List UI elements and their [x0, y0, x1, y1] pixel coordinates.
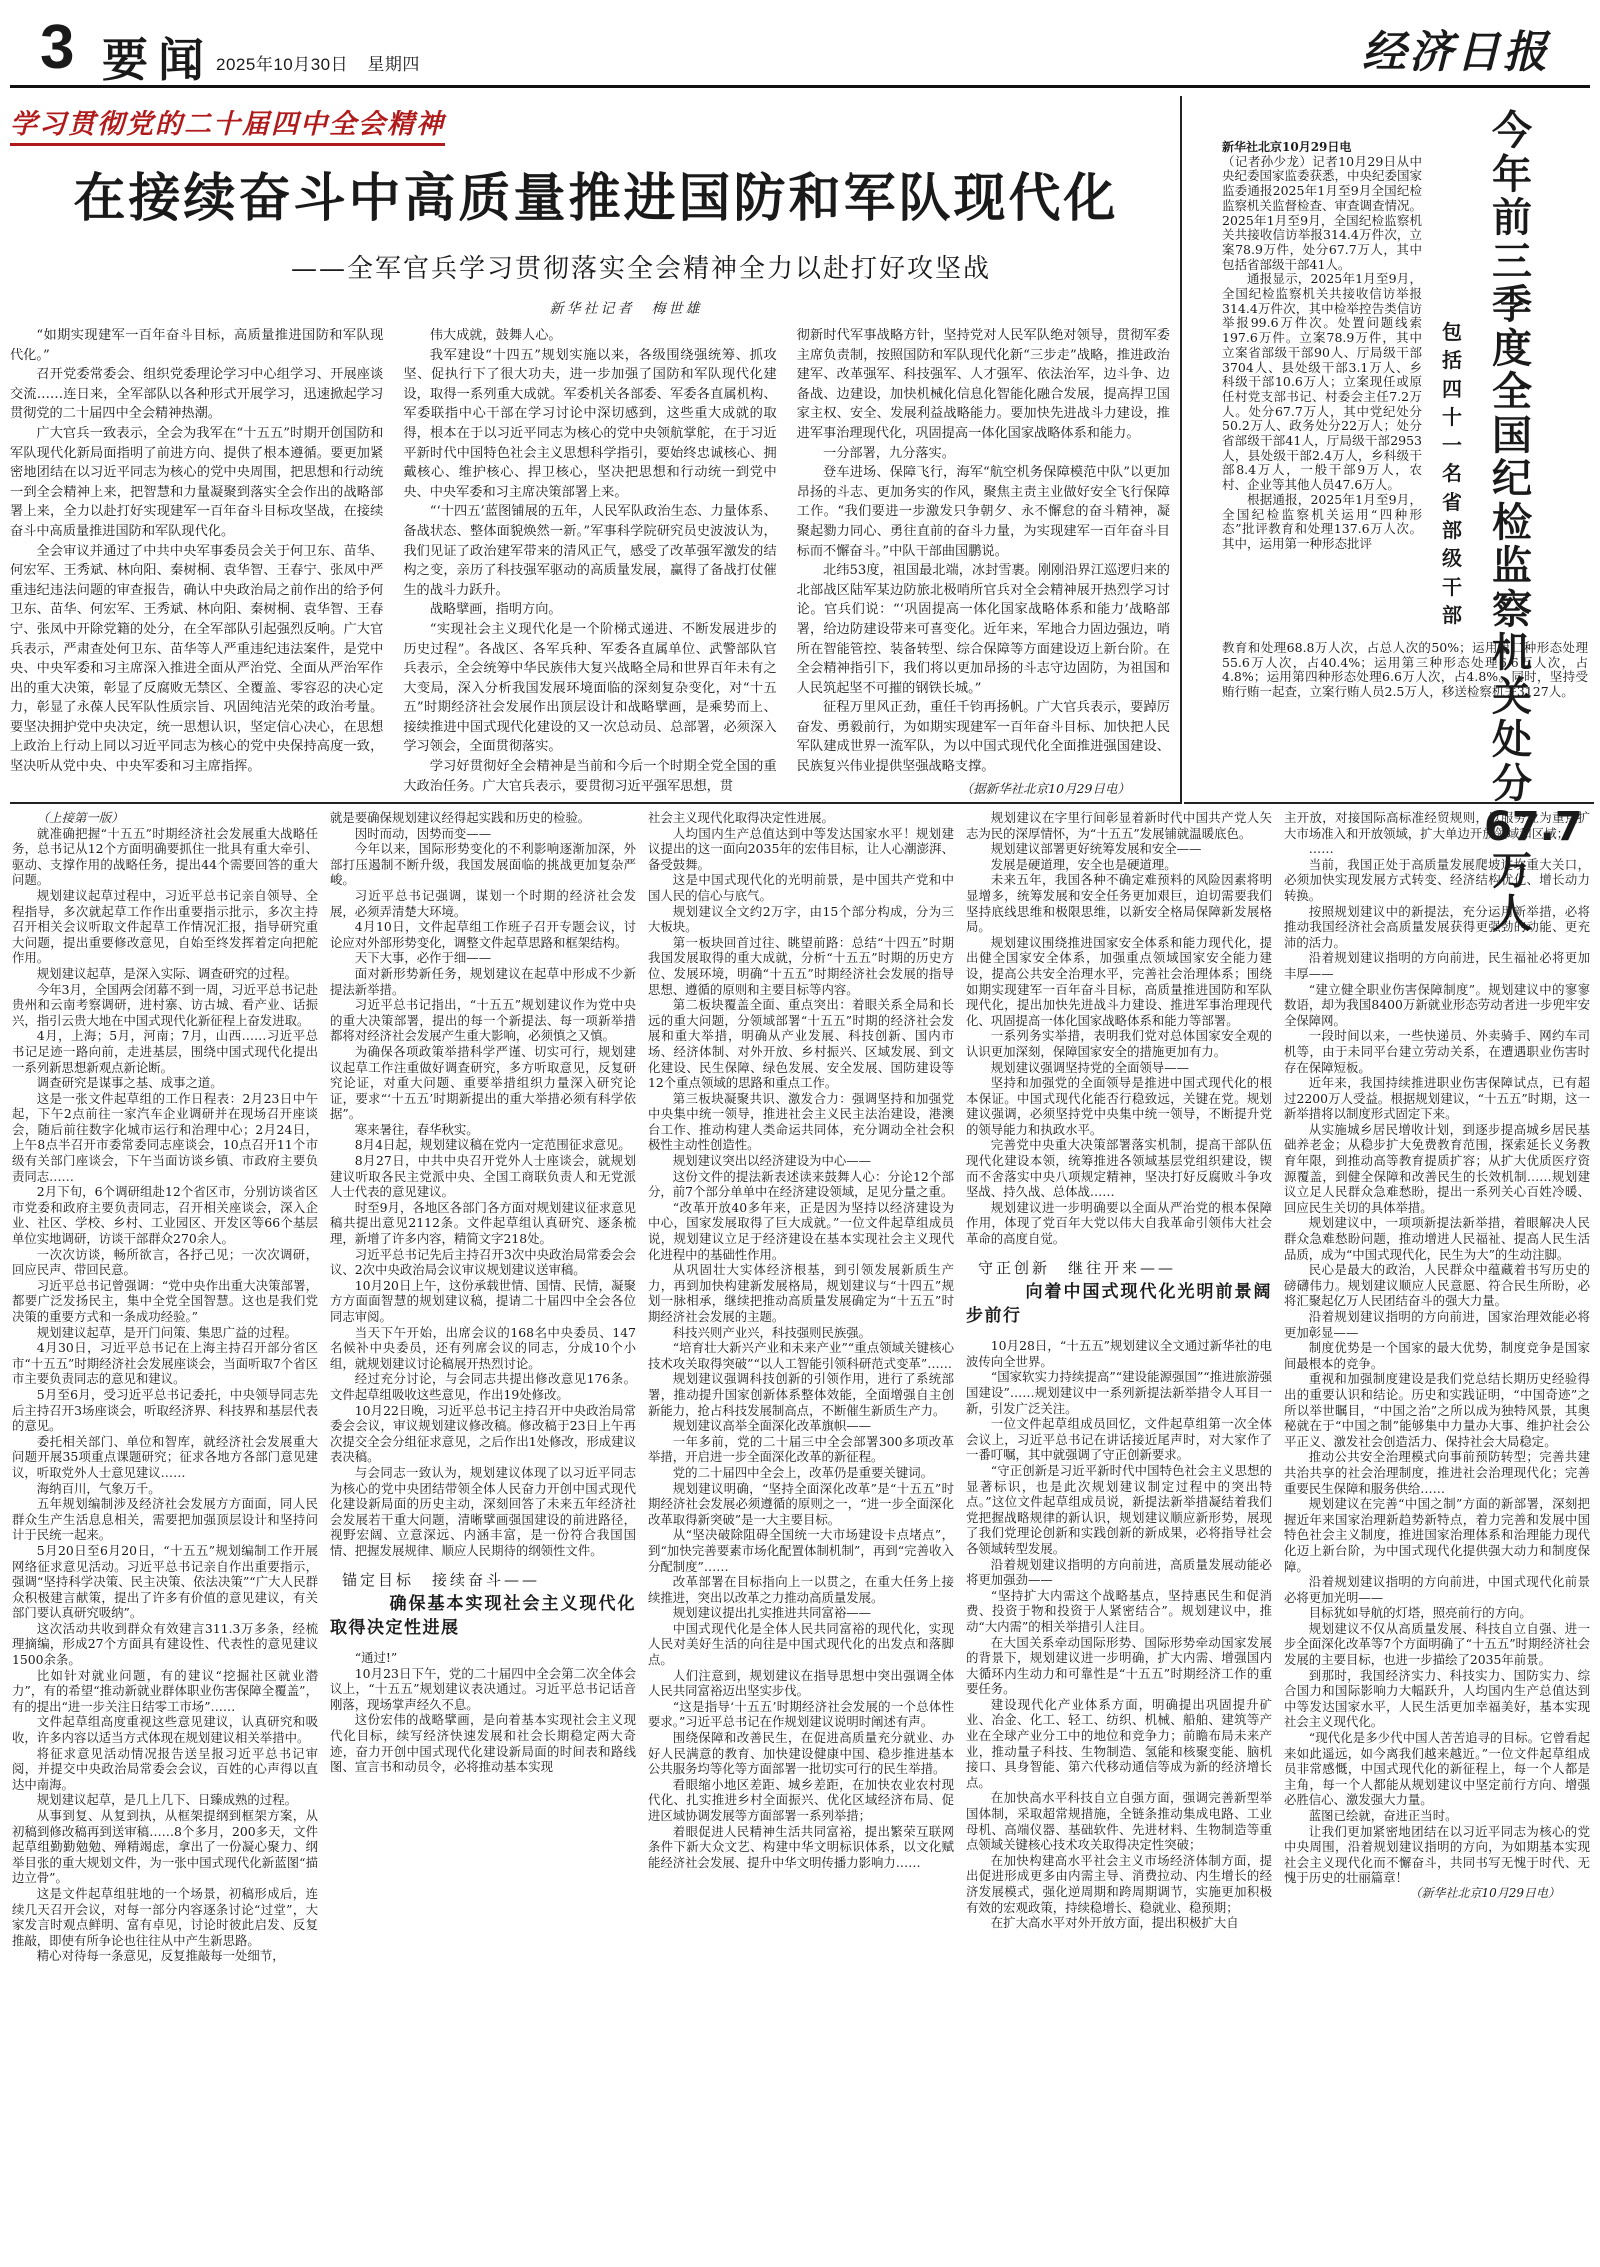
paragraph: 这是中国式现代化的光明前景，是中国共产党和中国人民的信心与底气。: [648, 872, 954, 903]
paragraph: 规划建议明确，“坚持全面深化改革”是“十五五”时期经济社会发展必须遵循的原则之一…: [648, 1481, 954, 1528]
paragraph: 北纬53度，祖国最北端，冰封雪裹。刚刚沿界江巡逻归来的北部战区陆军某边防旅北极哨…: [797, 561, 1170, 698]
paragraph: 我军建设“十四五”规划实施以来，各级围绕强统筹、抓攻坚、促执行下了很大功夫，进一…: [403, 346, 776, 503]
paragraph: （记者孙少龙）记者10月29日从中央纪委国家监委获悉，中央纪委国家监委通报202…: [1222, 155, 1422, 273]
paragraph: 全会审议并通过了中共中央军事委员会关于何卫东、苗华、何宏军、王秀斌、林向阳、秦树…: [10, 542, 383, 777]
paragraph: 10月20日上午，这份承载世情、国情、民情，凝聚方方面面智慧的规划建议稿，提请二…: [330, 1278, 636, 1325]
paragraph: 规划建议进一步明确要以全面从严治党的根本保障作用，体现了党百年大党以伟大自我革命…: [966, 1200, 1272, 1247]
paragraph: 广大官兵一致表示，全会为我军在“十五五”时期开创国防和军队现代化新局面指明了前进…: [10, 424, 383, 542]
section-name: 要闻: [102, 24, 214, 90]
paragraph: 天下大事，必作于细——: [330, 950, 636, 966]
section-title: 确保基本实现社会主义现代化取得决定性进展: [330, 1592, 636, 1640]
paragraph: 人均国内生产总值达到中等发达国家水平！规划建议提出的这一面向2035年的宏伟目标…: [648, 826, 954, 873]
continued-note: （上接第一版）: [12, 810, 318, 826]
paragraph: 规划建议中，一项项新提法新举措，着眼解决人民群众急难愁盼问题，推动增进人民福祉、…: [1284, 1215, 1590, 1262]
paragraph: 规划建议在完善“中国之制”方面的新部署，深刻把握近年来国家治理新趋势新特点，着力…: [1284, 1496, 1590, 1574]
paragraph: 习近平总书记指出，“十五五”规划建议作为党中央的重大决策部署，提出的每一个新提法…: [330, 997, 636, 1044]
paragraph: “培育壮大新兴产业和未来产业”“重点领域关键核心技术攻关取得突破”“以人工智能引…: [648, 1340, 954, 1371]
paragraph: 第二板块覆盖全面、重点突出：着眼关系全局和长远的重大问题，分领域部署“十五五”时…: [648, 997, 954, 1091]
paragraph: 2月下旬，6个调研组赴12个省区市，分别访谈省区市党委和政府主要负责同志，召开相…: [12, 1184, 318, 1246]
paragraph: 因时而动，因势而变——: [330, 826, 636, 842]
paragraph: 精心对待每一条意见，反复推敲每一处细节，: [12, 1948, 318, 1964]
paragraph: 4月10日，文件起草组工作班子召开专题会议，讨论应对外部形势变化，调整文件起草思…: [330, 919, 636, 950]
article-column-1: “如期实现建军一百年奋斗目标，高质量推进国防和军队现代化。” 召开党委常委会、组…: [10, 326, 383, 796]
paragraph: 这份文件的提法新表述读来鼓舞人心：分论12个部分，前7个部分单单中在经济建设领域…: [648, 1169, 954, 1200]
paragraph: 发展是硬道理，安全也是硬道理。: [966, 857, 1272, 873]
paragraph: 在加快高水平科技自立自强方面，强调完善新型举国体制，采取超常规措施，全链条推动集…: [966, 1790, 1272, 1852]
paragraph: 坚持和加强党的全面领导是推进中国式现代化的根本保证。中国式现代化能否行稳致远，关…: [966, 1075, 1272, 1137]
paragraph: 重视和加强制度建设是我们党总结长期历史经验得出的重要认识和结论。历史和实践证明，…: [1284, 1371, 1590, 1449]
paragraph: 这份宏伟的战略擘画，是向着基本实现社会主义现代化目标，续写经济快速发展和社会长期…: [330, 1712, 636, 1774]
paragraph: 当天下午开始，出席会议的168名中央委员、147名候补中央委员，还有列席会议的同…: [330, 1325, 636, 1372]
paragraph: 从事到复、从复到执，从框架提纲到框架方案，从初稿到修改稿再到送审稿……8个多月，…: [12, 1808, 318, 1886]
paragraph: 8月4日起，规划建议稿在党内一定范围征求意见。: [330, 1137, 636, 1153]
lower-column-2: 就是要确保规划建议经得起实践和历史的检验。 因时而动，因势而变—— 今年以来，国…: [330, 810, 636, 2260]
paragraph: 今年以来，国际形势变化的不利影响逐渐加深，外部打压遏制不断升级，我国发展面临的挑…: [330, 841, 636, 888]
paragraph: 习近平总书记强调，谋划一个时期的经济社会发展，必须弄清楚大环境。: [330, 888, 636, 919]
paragraph: 8月27日，中共中央召开党外人士座谈会，就规划建议听取各民主党派中央、全国工商联…: [330, 1153, 636, 1200]
paragraph: 第三板块凝聚共识、激发合力：强调坚持和加强党中央集中统一领导，推进社会主义民主法…: [648, 1091, 954, 1153]
paragraph: 就是要确保规划建议经得起实践和历史的检验。: [330, 810, 636, 826]
paragraph: 制度优势是一个国家的最大优势，制度竞争是国家间最根本的竞争。: [1284, 1340, 1590, 1371]
paragraph: 近年来，我国持续推进职业伤害保障试点，已有超过2200万人受益。根据规划建议，“…: [1284, 1075, 1590, 1122]
paragraph: 在加快构建高水平社会主义市场经济体制方面，提出促进形成更多由内需主导、消费拉动、…: [966, 1853, 1272, 1915]
paragraph: 目标犹如导航的灯塔，照亮前行的方向。: [1284, 1605, 1590, 1621]
paragraph: 征程万里风正劲，重任千钧再扬帆。广大官兵表示，要踔厉奋发、勇毅前行，为如期实现建…: [797, 698, 1170, 776]
paragraph: 规划建议强调科技创新的引领作用，进行了系统部署，推动提升国家创新体系整体效能，全…: [648, 1371, 954, 1418]
paragraph: 规划建议部署更好统筹发展和安全——: [966, 841, 1272, 857]
paragraph: “守正创新是习近平新时代中国特色社会主义思想的显著标识，也是此次规划建议制定过程…: [966, 1463, 1272, 1557]
paragraph: 这是文件起草组驻地的一个场景，初稿形成后，连续几天召开会议，对每一部分内容逐条讨…: [12, 1886, 318, 1948]
paragraph: 10月23日下午，党的二十届四中全会第二次全体会议上，“十五五”规划建议表决通过…: [330, 1666, 636, 1713]
paragraph: 这是一张文件起草组的工作日程表：2月23日中午起，下午2点前往一家汽车企业调研并…: [12, 1091, 318, 1185]
side-article-body: 新华社北京10月29日电 （记者孙少龙）记者10月29日从中央纪委国家监委获悉，…: [1222, 140, 1422, 552]
article-column-3: 彻新时代军事战略方针，坚持党对人民军队绝对领导，贯彻军委主席负责制，按照国防和军…: [797, 326, 1170, 796]
paragraph: ……: [1284, 841, 1590, 857]
paragraph: 第一板块回首过往、眺望前路：总结“十四五”时期我国发展取得的重大成就，分析“十五…: [648, 935, 954, 997]
paragraph: 面对新形势新任务，规划建议在起草中形成不少新提法新举措。: [330, 966, 636, 997]
paragraph: 规划建议强调坚持党的全面领导——: [966, 1060, 1272, 1076]
paragraph: 沿着规划建议指明的方向前进，中国式现代化前景必将更加光明——: [1284, 1574, 1590, 1605]
paragraph: 一系列务实举措，表明我们党对总体国家安全观的认识更加深刻，保障国家安全的措施更加…: [966, 1028, 1272, 1059]
paragraph: 为确保各项政策举措科学严谨、切实可行，规划建议起草工作注重做好调查研究，多方听取…: [330, 1044, 636, 1122]
paragraph: 规划建议起草过程中，习近平总书记亲自领导、全程指导，多次就起草工作作出重要指示批…: [12, 888, 318, 966]
lower-column-4: 规划建议在字里行间彰显着新时代中国共产党人矢志为民的深厚情怀，为“十五五”发展铺…: [966, 810, 1272, 2260]
date: 2025年10月30日: [216, 55, 348, 74]
paragraph: 围绕保障和改善民生，在促进高质量充分就业、办好人民满意的教育、加快建设健康中国、…: [648, 1730, 954, 1777]
paragraph: 寒来暑往，春华秋实。: [330, 1122, 636, 1138]
paragraph: 与会同志一致认为，规划建议体现了以习近平同志为核心的党中央团结带领全体人民奋力开…: [330, 1465, 636, 1559]
paragraph: 科技兴则产业兴，科技强则民族强。: [648, 1325, 954, 1341]
paragraph: 彻新时代军事战略方针，坚持党对人民军队绝对领导，贯彻军委主席负责制，按照国防和军…: [797, 326, 1170, 444]
paragraph: 规划建议不仅从高质量发展、科技自立自强、进一步全面深化改革等7个方面明确了“十五…: [1284, 1621, 1590, 1668]
article-dateline: （新华社北京10月29日电）: [1284, 1886, 1590, 1902]
lower-column-3: 社会主义现代化取得决定性进展。 人均国内生产总值达到中等发达国家水平！规划建议提…: [648, 810, 954, 2260]
paragraph: 推动公共安全治理模式向事前预防转型；完善共建共治共享的社会治理制度，推进社会治理…: [1284, 1449, 1590, 1496]
paragraph: 规划建议起草，是深入实际、调查研究的过程。: [12, 966, 318, 982]
paragraph: 通报显示，2025年1月至9月，全国纪检监察机关共接收信访举报314.4万件次，…: [1222, 272, 1422, 493]
issue-date: 2025年10月30日 星期四: [216, 50, 434, 75]
paragraph: 根据通报，2025年1月至9月，全国纪检监察机关运用“四种形态”批评教育和处理1…: [1222, 493, 1422, 552]
side-article-subtitle: 包括四十一名省部级干部: [1439, 318, 1465, 629]
paragraph: 就准确把握“十五五”时期经济社会发展重大战略任务，总书记从12个方面明确要抓住一…: [12, 826, 318, 888]
paragraph: 蓝图已绘就，奋进正当时。: [1284, 1808, 1590, 1824]
paragraph: 规划建议全文约2万字，由15个部分构成，分为三大板块。: [648, 904, 954, 935]
paragraph: 建设现代化产业体系方面，明确提出巩固提升矿业、冶金、化工、轻工、纺织、机械、船舶…: [966, 1697, 1272, 1791]
paragraph: 沿着规划建议指明的方向前进，民生福祉必将更加丰厚——: [1284, 950, 1590, 981]
paragraph: 在扩大高水平对外开放方面，提出积极扩大自: [966, 1915, 1272, 1931]
page-number: 3: [40, 16, 74, 80]
paragraph: 未来五年，我国各种不确定难预料的风险因素将明显增多，统筹发展和安全任务更加艰巨，…: [966, 872, 1272, 934]
paragraph: 着眼促进人民精神生活共同富裕，提出繁荣互联网条件下新大众文艺、构建中华文明标识体…: [648, 1824, 954, 1871]
byline: 新华社记者 梅世雄: [10, 298, 1182, 318]
paragraph: “建立健全职业伤害保障制度”。规划建议中的寥寥数语，却为我国8400万新就业形态…: [1284, 982, 1590, 1029]
paragraph: 看眼缩小地区差距、城乡差距，在加快农业农村现代化、扎实推进乡村全面振兴、优化区域…: [648, 1777, 954, 1824]
subheadline: ——全军官兵学习贯彻落实全会精神全力以赴打好攻坚战: [10, 248, 1182, 285]
paragraph: 文件起草组高度重视这些意见建议，认真研究和吸收，许多内容以适当方式体现在规划建议…: [12, 1714, 318, 1745]
paragraph: 规划建议起草，是开门问策、集思广益的过程。: [12, 1325, 318, 1341]
paragraph: 五年规划编制涉及经济社会发展方方面面，同人民群众生产生活息息相关，需要把加强顶层…: [12, 1496, 318, 1543]
lower-article: （上接第一版） 就准确把握“十五五”时期经济社会发展重大战略任务，总书记从12个…: [12, 810, 1590, 2260]
paragraph: 一位文件起草组成员回忆，文件起草组第一次全体会议上，习近平总书记在讲话接近尾声时…: [966, 1416, 1272, 1463]
article-kicker: 学习贯彻党的二十届四中全会精神: [10, 102, 445, 146]
top-article: 学习贯彻党的二十届四中全会精神 在接续奋斗中高质量推进国防和军队现代化 ——全军…: [10, 96, 1182, 804]
lower-column-1: （上接第一版） 就准确把握“十五五”时期经济社会发展重大战略任务，总书记从12个…: [12, 810, 318, 2260]
paragraph: 将征求意见活动情况报告送呈报习近平总书记审阅，并提交中央政治局常委会会议，百姓的…: [12, 1746, 318, 1793]
paper-logo: 经济日报: [1362, 16, 1550, 80]
paragraph: 规划建议提出扎实推进共同富裕——: [648, 1605, 954, 1621]
paragraph: “如期实现建军一百年奋斗目标，高质量推进国防和军队现代化。”: [10, 326, 383, 365]
paragraph: “通过!”: [330, 1650, 636, 1666]
weekday: 星期四: [367, 55, 420, 74]
paragraph: 习近平总书记曾强调：“党中央作出重大决策部署，都要广泛发扬民主，集中全党全国智慧…: [12, 1278, 318, 1325]
paragraph: 当前，我国正处于高质量发展爬坡过坎重大关口，必须加快实现发展方式转变、经济结构优…: [1284, 857, 1590, 904]
side-article-lead: 新华社北京10月29日电: [1222, 140, 1422, 155]
paragraph: 沿着规划建议指明的方向前进，高质量发展动能必将更加强劲——: [966, 1557, 1272, 1588]
paragraph: 习近平总书记先后主持召开3次中央政治局常委会会议、2次中央政治局会议审议规划建议…: [330, 1247, 636, 1278]
section-heading: 守正创新 继往开来—— 向着中国式现代化光明前景阔步前行: [966, 1261, 1272, 1329]
paragraph: 从巩固壮大实体经济根基，到引领发展新质生产力，再到加快构建新发展格局，规划建议与…: [648, 1262, 954, 1324]
paragraph: 4月30日，习近平总书记在上海主持召开部分省区市“十五五”时期经济社会发展座谈会…: [12, 1340, 318, 1387]
paragraph: 完善党中央重大决策部署落实机制，提高干部队伍现代化建设本领，统筹推进各领域基层党…: [966, 1137, 1272, 1199]
paragraph: 学习好贯彻好全会精神是当前和今后一个时期全党全国的重大政治任务。广大官兵表示，要…: [403, 757, 776, 796]
section-heading: 锚定目标 接续奋斗—— 确保基本实现社会主义现代化取得决定性进展: [330, 1573, 636, 1641]
paragraph: 10月22日晚，习近平总书记主持召开中央政治局常委会会议，审议规划建议修改稿。修…: [330, 1403, 636, 1465]
paragraph: “改革开放40多年来，正是因为坚持以经济建设为中心，国家发展取得了巨大成就。”一…: [648, 1200, 954, 1262]
paragraph: 规划建议起草，是几上几下、日臻成熟的过程。: [12, 1792, 318, 1808]
paragraph: 党的二十届四中全会上，改革仍是重要关键词。: [648, 1465, 954, 1481]
paragraph: 从实施城乡居民增收计划，到逐步提高城乡居民基础养老金；从稳步扩大免费教育范围，探…: [1284, 1122, 1590, 1216]
article-dateline: （据新华社北京10月29日电）: [797, 779, 1170, 796]
paragraph: 调查研究是谋事之基、成事之道。: [12, 1075, 318, 1091]
paragraph: “实现社会主义现代化是一个阶梯式递进、不断发展进步的历史过程”。各战区、各军兵种…: [403, 620, 776, 757]
paragraph: 时至9月，各地区各部门各方面对规划建议征求意见稿共提出意见2112条。文件起草组…: [330, 1200, 636, 1247]
article-columns: “如期实现建军一百年奋斗目标，高质量推进国防和军队现代化。” 召开党委常委会、组…: [10, 326, 1170, 796]
paragraph: 登车进场、保障飞行，海军“航空机务保障模范中队”以更加昂扬的斗志、更加务实的作风…: [797, 463, 1170, 561]
paragraph: 委托相关部门、单位和智库，就经济社会发展重大问题开展35项重点课题研究；征求各地…: [12, 1434, 318, 1481]
paragraph: “这是指导‘十五五’时期经济社会发展的一个总体性要求。”习近平总书记在作规划建议…: [648, 1699, 954, 1730]
paragraph: 海纳百川，气象万千。: [12, 1481, 318, 1497]
paragraph: 一分部署，九分落实。: [797, 444, 1170, 464]
headline: 在接续奋斗中高质量推进国防和军队现代化: [10, 156, 1182, 231]
paragraph: 主开放，对接国际高标准经贸规则，以服务业为重点扩大市场准入和开放领域，扩大单边开…: [1284, 810, 1590, 841]
section-kicker: 锚定目标 接续奋斗——: [330, 1573, 636, 1589]
paragraph: 到那时，我国经济实力、科技实力、国防实力、综合国力和国际影响力大幅跃升，人均国内…: [1284, 1668, 1590, 1730]
paragraph: 一年多前，党的二十届三中全会部署300多项改革举措，开启进一步全面深化改革的新征…: [648, 1434, 954, 1465]
paragraph: “‘十四五’蓝图铺展的五年，人民军队政治生态、力量体系、备战状态、整体面貌焕然一…: [403, 502, 776, 600]
paragraph: 一次次访谈，畅所欲言，各抒己见；一次次调研，回应民声、带回民意。: [12, 1247, 318, 1278]
paragraph: 社会主义现代化取得决定性进展。: [648, 810, 954, 826]
paragraph: 经过充分讨论，与会同志共提出修改意见176条。文件起草组吸收这些意见，作出19处…: [330, 1371, 636, 1402]
paragraph: “国家软实力持续提高”“建设能源强国”“推进旅游强国建设”……规划建议中一系列新…: [966, 1369, 1272, 1416]
paragraph: 规划建议在字里行间彰显着新时代中国共产党人矢志为民的深厚情怀，为“十五五”发展铺…: [966, 810, 1272, 841]
paragraph: 战略擘画，指明方向。: [403, 600, 776, 620]
paragraph: 在大国关系牵动国际形势、国际形势牵动国家发展的背景下，规划建议进一步明确，扩大内…: [966, 1635, 1272, 1697]
paragraph: 这次活动共收到群众有效建言311.3万多条，经梳理摘编，形成27个方面具有建设性…: [12, 1621, 318, 1668]
paragraph: 伟大成就，鼓舞人心。: [403, 326, 776, 346]
paragraph: 5月20日至6月20日，“十五五”规划编制工作开展网络征求意见活动。习近平总书记…: [12, 1543, 318, 1621]
section-title: 向着中国式现代化光明前景阔步前行: [966, 1280, 1272, 1328]
paragraph: 4月，上海；5月，河南；7月，山西……习近平总书记足迹一路向前，走进基层，围绕中…: [12, 1028, 318, 1075]
masthead: 3 要闻 2025年10月30日 星期四 经济日报: [10, 0, 1590, 88]
section-kicker: 守正创新 继往开来——: [966, 1261, 1272, 1277]
paragraph: 人们注意到，规划建议在指导思想中突出强调全体人民共同富裕迈出坚实步伐。: [648, 1668, 954, 1699]
side-article-tail: 教育和处理68.8万人次，占总人次的50%；运用第二种形态处理55.6万人次，占…: [1222, 641, 1588, 700]
paragraph: 今年3月，全国两会闭幕不到一周，习近平总书记赴贵州和云南考察调研，进村寨、访古城…: [12, 982, 318, 1029]
paragraph: 召开党委常委会、组织党委理论学习中心组学习、开展座谈交流……连日来，全军部队以各…: [10, 365, 383, 424]
lower-column-5: 主开放，对接国际高标准经贸规则，以服务业为重点扩大市场准入和开放领域，扩大单边开…: [1284, 810, 1590, 2260]
paragraph: 沿着规划建议指明的方向前进，国家治理效能必将更加彰显——: [1284, 1309, 1590, 1340]
paragraph: 民心是最大的政治，人民群众中蕴藏着书写历史的磅礴伟力。规划建议顺应人民意愿、符合…: [1284, 1262, 1590, 1309]
paragraph: 一段时间以来，一些快递员、外卖骑手、网约车司机等，由于未同平台建立劳动关系，在遭…: [1284, 1028, 1590, 1075]
paragraph: “坚持扩大内需这个战略基点，坚持惠民生和促消费、投资于物和投资于人紧密结合”。规…: [966, 1588, 1272, 1635]
paragraph: 规划建议高举全面深化改革旗帜——: [648, 1418, 954, 1434]
paragraph: 规划建议突出以经济建设为中心——: [648, 1153, 954, 1169]
paragraph: 按照规划建议中的新提法，充分运用新举措，必将推动我国经济社会高质量发展获得更强劲…: [1284, 904, 1590, 951]
side-article: 新华社北京10月29日电 （记者孙少龙）记者10月29日从中央纪委国家监委获悉，…: [1184, 96, 1594, 804]
paragraph: “现代化是多少代中国人苦苦追寻的目标。它曾看起来如此遥远，如今离我们越来越近。”…: [1284, 1730, 1590, 1808]
paragraph: 10月28日，“十五五”规划建议全文通过新华社的电波传向全世界。: [966, 1338, 1272, 1369]
paragraph: 规划建议围绕推进国家安全体系和能力现代化，提出健全国家安全体系，加强重点领域国家…: [966, 935, 1272, 1029]
paragraph: 从“坚决破除阻碍全国统一大市场建设卡点堵点”，到“加快完善要素市场化配置体制机制…: [648, 1527, 954, 1574]
paragraph: 比如针对就业问题，有的建议“挖掘社区就业潜力”，有的希望“推动新就业群体职业伤害…: [12, 1668, 318, 1715]
paragraph: 让我们更加紧密地团结在以习近平同志为核心的党中央周围，沿着规划建议指明的方向，为…: [1284, 1824, 1590, 1886]
article-column-2: 伟大成就，鼓舞人心。 我军建设“十四五”规划实施以来，各级围绕强统筹、抓攻坚、促…: [403, 326, 776, 796]
paragraph: 改革部署在目标指向上一以贯之，在重大任务上接续推进，突出以改革之力推动高质量发展…: [648, 1574, 954, 1605]
paragraph: 中国式现代化是全体人民共同富裕的现代化，实现人民对美好生活的向往是中国式现代化的…: [648, 1621, 954, 1668]
paragraph: 5月至6月，受习近平总书记委托，中央领导同志先后主持召开3场座谈会，听取经济界、…: [12, 1387, 318, 1434]
